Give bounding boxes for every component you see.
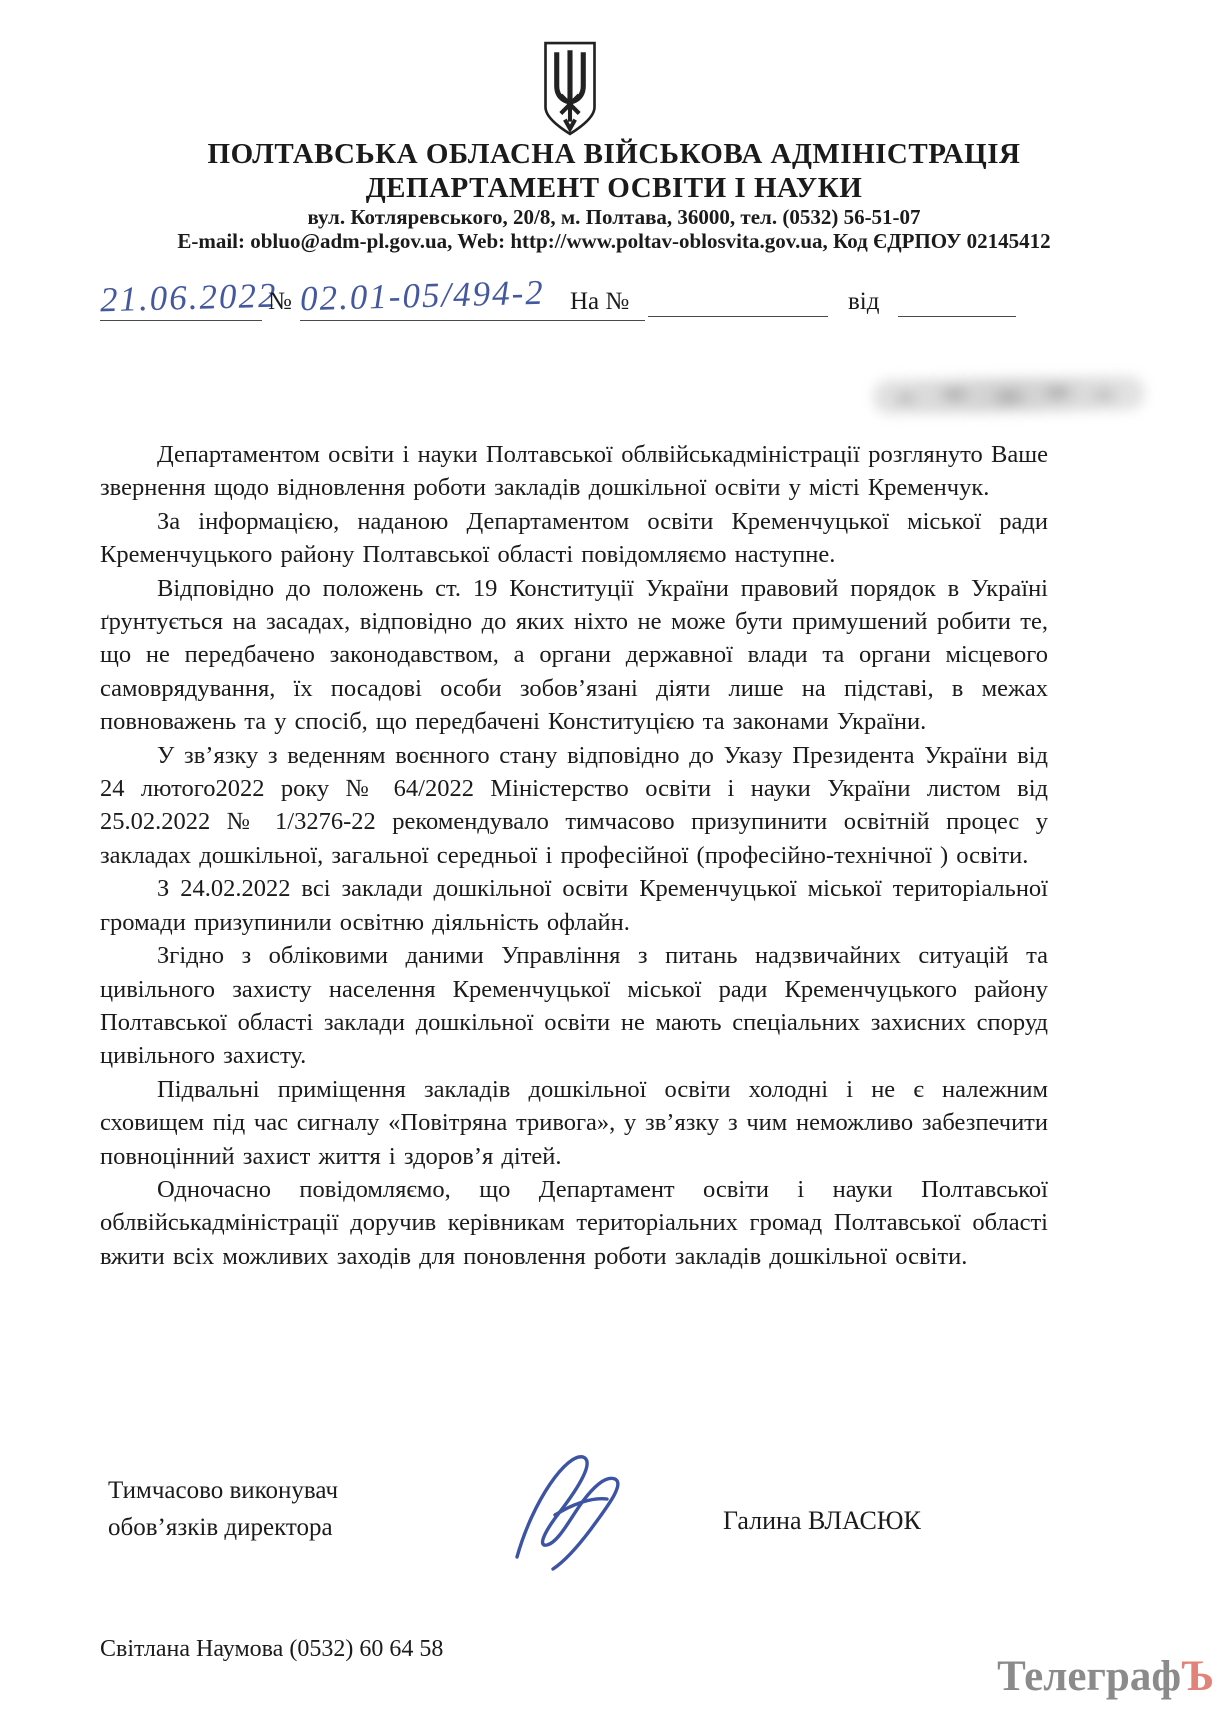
vid-label: від [848,288,879,316]
org-address: вул. Котляревського, 20/8, м. Полтава, 3… [0,205,1228,230]
redacted-blurred-email [873,376,1146,415]
watermark-suffix-letter: Ъ [1181,1653,1214,1700]
date-underline [100,320,262,321]
body-paragraph: У зв’язку з веденням воєнного стану відп… [100,739,1048,873]
handwritten-outgoing-number: 02.01-05/494-2 [300,273,546,319]
number-symbol: № [268,288,292,316]
org-contacts: E-mail: obluo@adm-pl.gov.ua, Web: http:/… [0,229,1228,254]
signer-name: Галина ВЛАСЮК [723,1506,921,1536]
na-no-label: На № [570,288,629,316]
reference-row: 21.06.2022 № 02.01-05/494-2 На № від [100,276,1130,328]
org-name-line1: ПОЛТАВСЬКА ОБЛАСНА ВІЙСЬКОВА АДМІНІСТРАЦ… [0,138,1228,171]
handwritten-date: 21.06.2022 [100,276,278,321]
body-paragraph: За інформацією, наданою Департаментом ос… [100,505,1048,572]
body-paragraph: Підвальні приміщення закладів дошкільної… [100,1073,1048,1173]
watermark-main-text: Телеграф [997,1653,1181,1700]
signer-position-line2: обов’язків директора [108,1509,338,1546]
body-paragraph: Згідно з обліковими даними Управління з … [100,939,1048,1073]
telegraf-watermark: ТелеграфЪ [997,1652,1214,1701]
signer-position-line1: Тимчасово виконувач [108,1472,338,1509]
body-paragraph: З 24.02.2022 всі заклади дошкільної осві… [100,872,1048,939]
na-no-blank-line [648,316,828,317]
signer-position: Тимчасово виконувач обов’язків директора [108,1472,338,1546]
vid-blank-line [898,316,1016,317]
scanned-letter-page: ПОЛТАВСЬКА ОБЛАСНА ВІЙСЬКОВА АДМІНІСТРАЦ… [0,0,1228,1719]
letter-body: Департаментом освіти і науки Полтавської… [100,438,1048,1273]
body-paragraph: Одночасно повідомляємо, що Департамент о… [100,1173,1048,1273]
executor-contact: Світлана Наумова (0532) 60 64 58 [100,1636,443,1663]
org-name-line2: ДЕПАРТАМЕНТ ОСВІТИ І НАУКИ [0,172,1228,205]
number-underline [300,320,645,321]
ukraine-tryzub-emblem-icon [538,40,602,138]
body-paragraph: Відповідно до положень ст. 19 Конституці… [100,572,1048,739]
body-paragraph: Департаментом освіти і науки Полтавської… [100,438,1048,505]
handwritten-signature [495,1445,655,1580]
